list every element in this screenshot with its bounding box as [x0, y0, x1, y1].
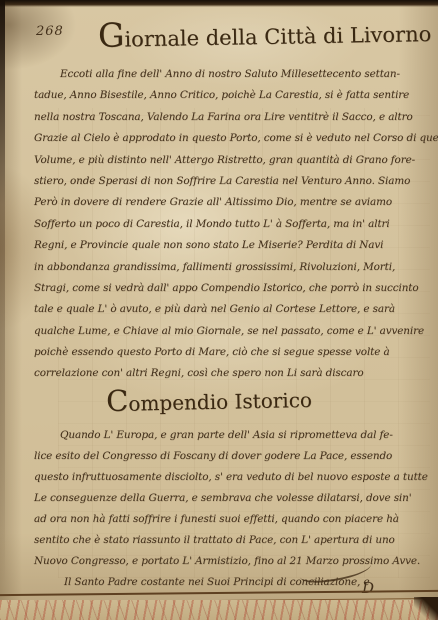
manuscript-line: Nuovo Congresso, e portato L' Armistizio…	[34, 551, 434, 572]
manuscript-line: in abbondanza grandissima, fallimenti gr…	[34, 257, 434, 278]
manuscript-line: Però in dovere di rendere Grazie all' Al…	[34, 192, 434, 213]
paragraph-compendio: Quando L' Europa, e gran parte dell' Asi…	[34, 425, 434, 593]
marbled-edge-strip	[0, 600, 438, 620]
book-gutter-edge	[0, 0, 5, 585]
manuscript-line: stiero, onde Sperasi di non Soffrire La …	[34, 171, 434, 192]
manuscript-line: ad ora non hà fatti soffrire i funesti s…	[34, 509, 434, 530]
manuscript-scan: 268 Giornale della Città di Livorno Ecco…	[0, 0, 438, 620]
manuscript-line: questo infruttuosamente disciolto, s' er…	[34, 467, 434, 488]
manuscript-line: poichè essendo questo Porto di Mare, ciò…	[34, 342, 434, 363]
manuscript-line: Volume, e più distinto nell' Attergo Ris…	[34, 150, 434, 171]
manuscript-line: Eccoti alla fine dell' Anno di nostro Sa…	[34, 64, 434, 85]
manuscript-line: Stragi, come si vedrà dall' appo Compend…	[34, 278, 434, 299]
manuscript-line: Quando L' Europa, e gran parte dell' Asi…	[34, 425, 434, 446]
manuscript-line: Grazie al Cielo è approdato in questo Po…	[34, 128, 434, 149]
manuscript-line: tadue, Anno Bisestile, Anno Critico, poi…	[34, 85, 434, 106]
paragraph-intro: Eccoti alla fine dell' Anno di nostro Sa…	[34, 64, 434, 385]
page-title: Giornale della Città di Livorno	[98, 10, 432, 55]
manuscript-line: sentito che è stato riassunto il trattat…	[34, 530, 434, 551]
book-edge-top	[0, 0, 438, 7]
manuscript-line: Regni, e Provincie quale non sono stato …	[34, 235, 434, 256]
manuscript-line: nella nostra Toscana, Valendo La Farina …	[34, 107, 434, 128]
manuscript-line: Le conseguenze della Guerra, e sembrava …	[34, 488, 434, 509]
manuscript-line: qualche Lume, e Chiave al mio Giornale, …	[34, 321, 434, 342]
manuscript-line: lice esito del Congresso di Foscany di d…	[34, 446, 434, 467]
manuscript-line: tale e quale L' ò avuto, e più darà nel …	[34, 299, 434, 320]
binding-corner	[414, 597, 438, 620]
manuscript-line: Sofferto un poco di Carestia, il Mondo t…	[34, 214, 434, 235]
page-number: 268	[36, 24, 64, 39]
